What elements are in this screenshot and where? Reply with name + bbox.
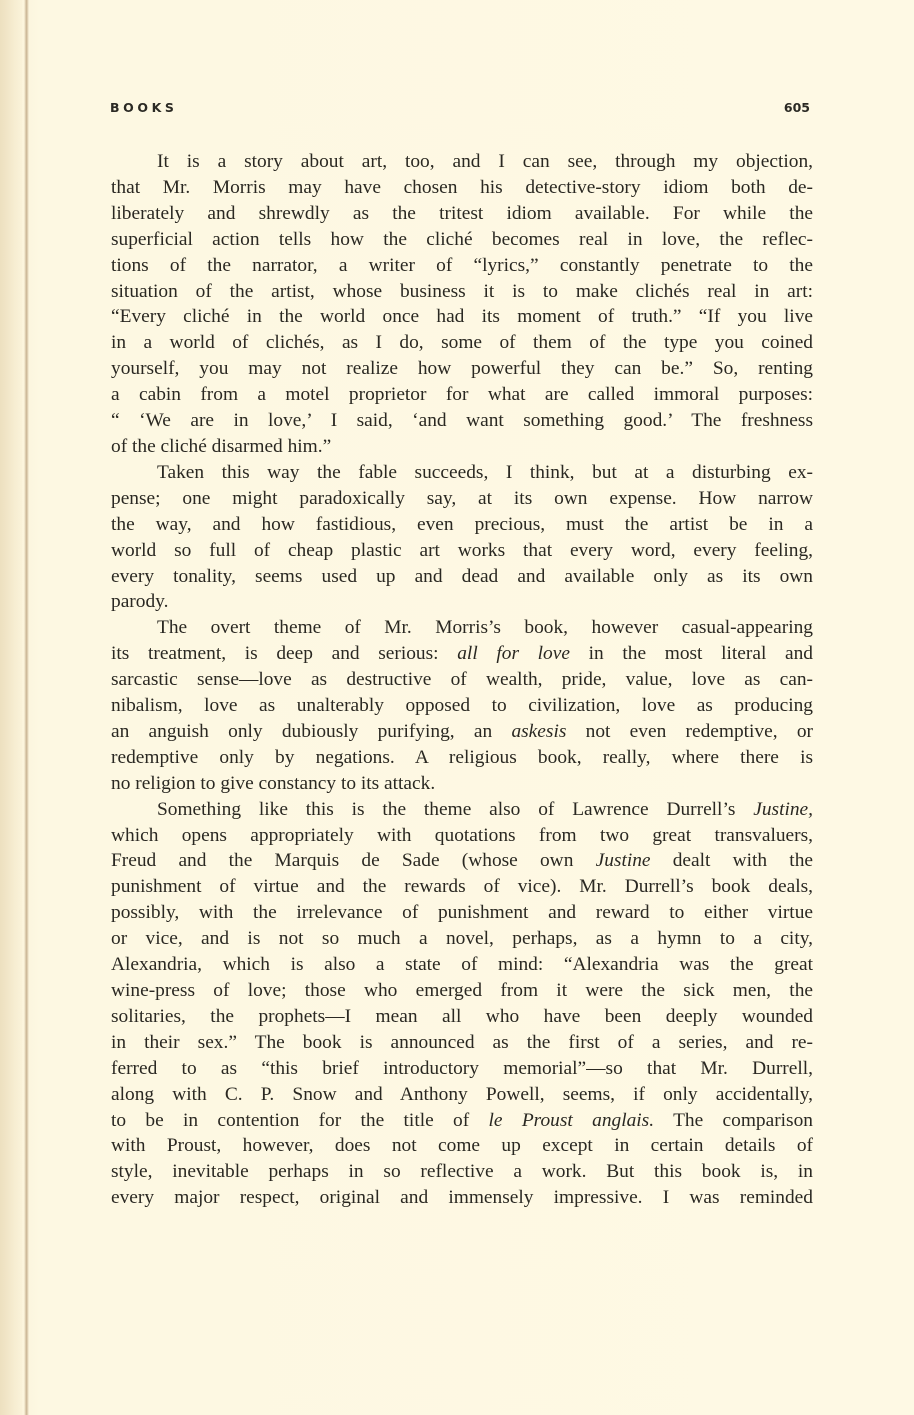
text-line: liberately and shrewdly as the tritest i… <box>111 201 813 227</box>
body-text: It is a story about art, too, and I can … <box>111 149 813 1211</box>
italic-phrase: le Proust anglais. <box>489 1110 655 1131</box>
text-line: world so full of cheap plastic art works… <box>111 538 813 564</box>
italic-phrase: Justine, <box>753 799 813 820</box>
text-line: redemptive only by negations. A religiou… <box>111 745 813 771</box>
text-line: in a world of clichés, as I do, some of … <box>111 330 813 356</box>
paragraph: The overt theme of Mr. Morris’s book, ho… <box>111 615 813 796</box>
text-line: the way, and how fastidious, even precio… <box>111 512 813 538</box>
text-line: sarcastic sense—love as destructive of w… <box>111 667 813 693</box>
text-line: yourself, you may not realize how powerf… <box>111 356 813 382</box>
text-line: wine-press of love; those who emerged fr… <box>111 978 813 1004</box>
text-line: superficial action tells how the cliché … <box>111 227 813 253</box>
text-line: in their sex.” The book is announced as … <box>111 1030 813 1056</box>
text-line: It is a story about art, too, and I can … <box>111 149 813 175</box>
text-line: which opens appropriately with quotation… <box>111 823 813 849</box>
section-title: BOOKS <box>110 100 177 115</box>
text-line: to be in contention for the title of le … <box>111 1108 813 1134</box>
text-line: pense; one might paradoxically say, at i… <box>111 486 813 512</box>
text-line: that Mr. Morris may have chosen his dete… <box>111 175 813 201</box>
italic-phrase: askesis <box>511 721 566 742</box>
text-line: ferred to as “this brief introductory me… <box>111 1056 813 1082</box>
text-line: or vice, and is not so much a novel, per… <box>111 926 813 952</box>
text-line: with Proust, however, does not come up e… <box>111 1133 813 1159</box>
text-line: The overt theme of Mr. Morris’s book, ho… <box>111 615 813 641</box>
text-line: its treatment, is deep and serious: all … <box>111 641 813 667</box>
text-line: every major respect, original and immens… <box>111 1185 813 1211</box>
text-line: Alexandria, which is also a state of min… <box>111 952 813 978</box>
paragraph: It is a story about art, too, and I can … <box>111 149 813 460</box>
text-line: parody. <box>111 589 813 615</box>
text-line: Freud and the Marquis de Sade (whose own… <box>111 848 813 874</box>
text-line: of the cliché disarmed him.” <box>111 434 813 460</box>
binding-gutter-line <box>24 0 29 1415</box>
text-line: nibalism, love as unalterably opposed to… <box>111 693 813 719</box>
text-line: “ ‘We are in love,’ I said, ‘and want so… <box>111 408 813 434</box>
page-number: 605 <box>784 100 810 115</box>
text-line: style, inevitable perhaps in so reflecti… <box>111 1159 813 1185</box>
running-head: BOOKS 605 <box>110 100 810 120</box>
text-line: punishment of virtue and the rewards of … <box>111 874 813 900</box>
text-line: along with C. P. Snow and Anthony Powell… <box>111 1082 813 1108</box>
text-line: Taken this way the fable succeeds, I thi… <box>111 460 813 486</box>
text-line: tions of the narrator, a writer of “lyri… <box>111 253 813 279</box>
text-line: an anguish only dubiously purifying, an … <box>111 719 813 745</box>
paragraph: Something like this is the theme also of… <box>111 797 813 1212</box>
text-line: situation of the artist, whose business … <box>111 279 813 305</box>
paragraph: Taken this way the fable succeeds, I thi… <box>111 460 813 615</box>
text-line: solitaries, the prophets—I mean all who … <box>111 1004 813 1030</box>
binding-fold-shadow <box>0 0 22 1415</box>
text-line: “Every cliché in the world once had its … <box>111 304 813 330</box>
book-page: BOOKS 605 It is a story about art, too, … <box>0 0 914 1415</box>
italic-phrase: Justine <box>596 850 651 871</box>
text-line: Something like this is the theme also of… <box>111 797 813 823</box>
text-line: every tonality, seems used up and dead a… <box>111 564 813 590</box>
text-line: a cabin from a motel proprietor for what… <box>111 382 813 408</box>
italic-phrase: all for love <box>457 643 570 664</box>
text-line: possibly, with the irrelevance of punish… <box>111 900 813 926</box>
text-line: no religion to give constancy to its att… <box>111 771 813 797</box>
